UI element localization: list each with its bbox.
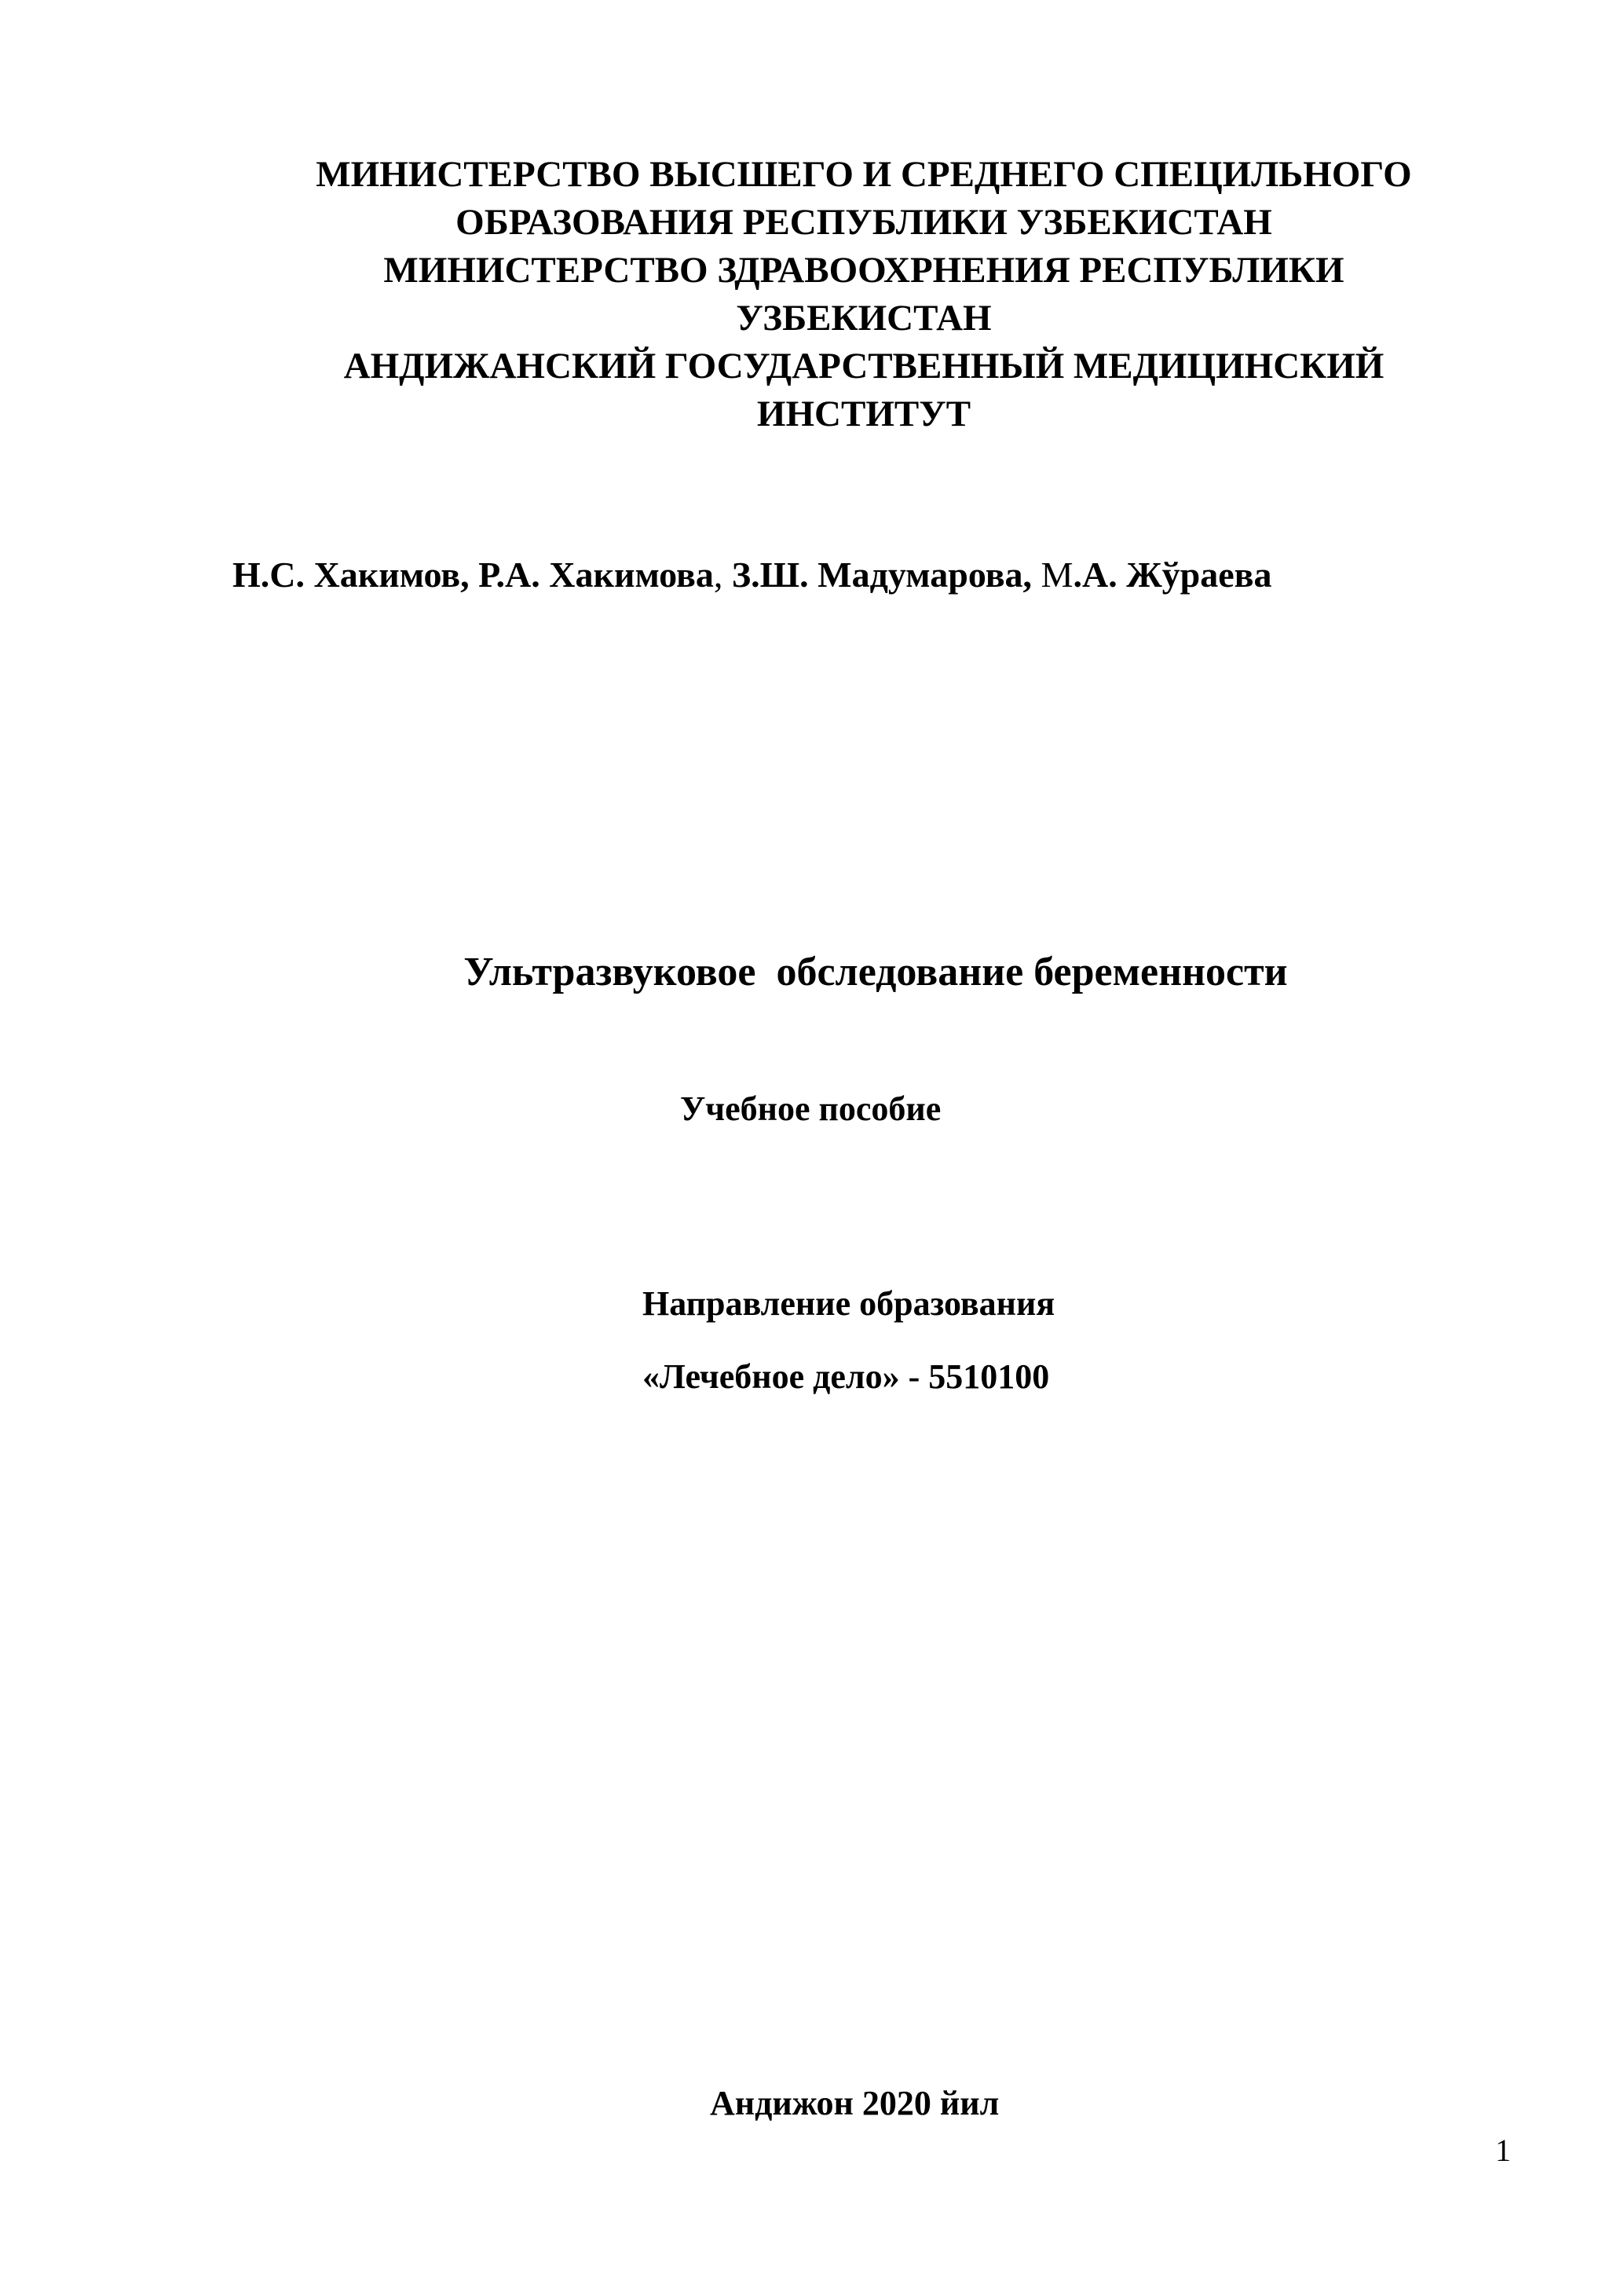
authors-initial: М [1041, 555, 1074, 595]
authors-separator: , [714, 555, 732, 595]
education-direction-label: Направление образования [642, 1282, 1055, 1326]
header-line: МИНИСТЕРСТВО ЗДРАВООХРНЕНИЯ РЕСПУБЛИКИ [236, 247, 1492, 295]
ministry-header: МИНИСТЕРСТВО ВЫСШЕГО И СРЕДНЕГО СПЕЦИЛЬН… [236, 151, 1492, 438]
authors-part: З.Ш. Мадумарова, [732, 555, 1041, 595]
page-number: 1 [1495, 2131, 1511, 2170]
header-line: МИНИСТЕРСТВО ВЫСШЕГО И СРЕДНЕГО СПЕЦИЛЬН… [236, 151, 1492, 199]
header-line: АНДИЖАНСКИЙ ГОСУДАРСТВЕННЫЙ МЕДИЦИНСКИЙ [236, 342, 1492, 390]
authors-line: Н.С. Хакимов, Р.А. Хакимова, З.Ш. Мадума… [232, 551, 1272, 599]
document-page: МИНИСТЕРСТВО ВЫСШЕГО И СРЕДНЕГО СПЕЦИЛЬН… [0, 0, 1624, 2296]
authors-part: .А. Жўраева [1073, 555, 1271, 595]
header-line: ОБРАЗОВАНИЯ РЕСПУБЛИКИ УЗБЕКИСТАН [236, 199, 1492, 247]
document-title: Ультразвуковое обследование беременности [0, 947, 1624, 998]
header-line: УЗБЕКИСТАН [236, 295, 1492, 342]
authors-part: Н.С. Хакимов, Р.А. Хакимова [232, 555, 714, 595]
document-subtitle: Учебное пособие [680, 1087, 941, 1131]
place-and-year: Андижон 2020 йил [710, 2082, 999, 2126]
education-program: «Лечебное дело» - 5510100 [642, 1355, 1049, 1399]
header-line: ИНСТИТУТ [236, 390, 1492, 438]
